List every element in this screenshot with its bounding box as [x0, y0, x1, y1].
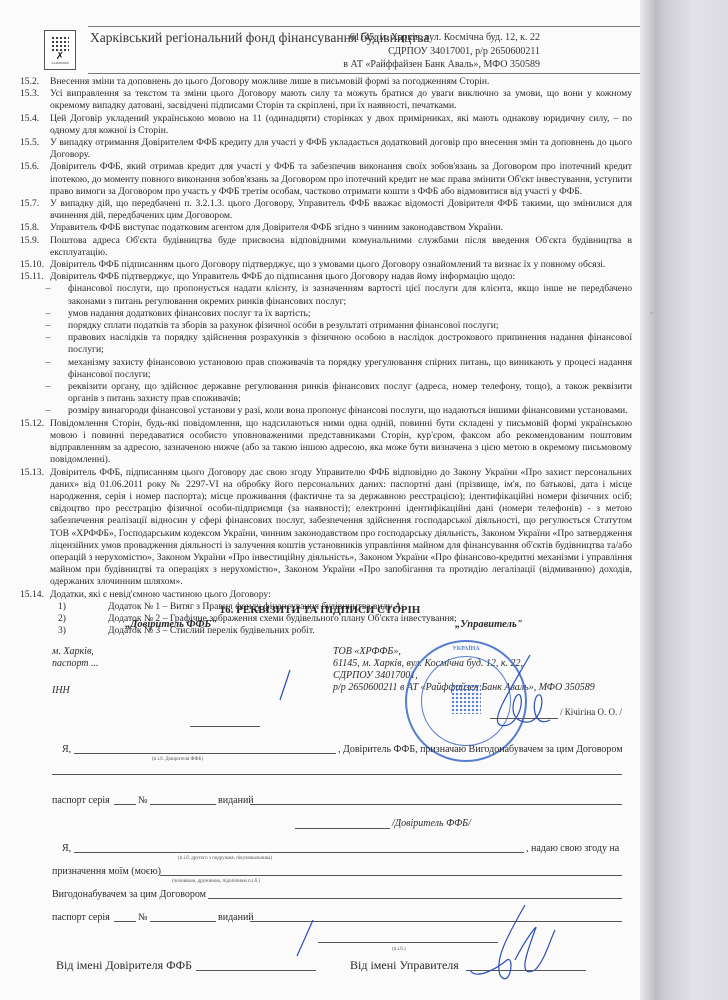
list-item: –розміру винагороди фінансової установи … — [20, 405, 640, 417]
clause: 15.4.Цей Договір укладений українською м… — [20, 113, 640, 137]
logo-figure-icon: ✗ — [56, 52, 64, 61]
clause-text: У випадку отримання Довірителем ФФБ кред… — [50, 137, 640, 161]
clause-number: 15.5. — [20, 137, 50, 161]
form-label: , надаю свою згоду на — [526, 843, 619, 854]
form-label: призначення моїм (моєю) — [52, 866, 161, 877]
manager-signature-icon — [470, 650, 560, 740]
dash-bullet-icon: – — [28, 308, 68, 320]
field-hint: (п.і.б.) — [392, 947, 406, 952]
truster-heading: „Довіритель ФФБ" — [125, 619, 217, 630]
list-item-text: умов надання додаткових фінансових послу… — [68, 308, 640, 320]
list-item: –механізму захисту фінансовою установою … — [20, 357, 640, 381]
header-rule — [88, 73, 640, 74]
list-item: –умов надання додаткових фінансових посл… — [20, 308, 640, 320]
list-item-text: розміру винагороди фінансової установи у… — [68, 405, 640, 417]
clause-number: 15.2. — [20, 76, 50, 88]
passport-number-field-2[interactable] — [150, 921, 216, 922]
field-hint: (чоловіком, дружиною, підопічним п.і.б.) — [172, 879, 260, 884]
dash-bullet-icon: – — [28, 357, 68, 381]
form-label: Я, — [62, 843, 71, 854]
clause-number: 15.6. — [20, 161, 50, 198]
manager-details-line: ТОВ «ХРФФБ», — [333, 646, 401, 658]
clause-text: Внесення зміни та доповнень до цього Дог… — [50, 76, 640, 88]
dash-bullet-icon: – — [28, 381, 68, 405]
beneficiary-field[interactable] — [208, 898, 622, 899]
form-label: /Довіритель ФФБ/ — [392, 818, 471, 829]
clause-number: 15.11. — [20, 271, 50, 283]
dash-bullet-icon: – — [28, 320, 68, 332]
clause: 15.3.Усі виправлення за текстом та зміни… — [20, 88, 640, 112]
form-label: , Довіритель ФФБ, призначаю Вигодонабува… — [338, 744, 623, 755]
adjacent-page-edge: « — [640, 0, 728, 1000]
dash-bullet-icon: – — [28, 405, 68, 417]
clause: 15.7.У випадку дій, що передбачені п. 3.… — [20, 198, 640, 222]
clause-number: 15.13. — [20, 467, 50, 589]
clause-number: 15.10. — [20, 259, 50, 271]
form-label: № — [138, 795, 148, 806]
list-item: –порядку сплати податків та зборів за ра… — [20, 320, 640, 332]
list-item: –реквізити органу, що здійснює державне … — [20, 381, 640, 405]
form-label: № — [138, 912, 148, 923]
pen-mark-icon — [295, 918, 315, 958]
list-item: –правових наслідків та порядку здійсненн… — [20, 332, 640, 356]
truster-name-field[interactable] — [74, 753, 336, 754]
passport-issued-field[interactable] — [250, 804, 622, 805]
relation-field[interactable] — [160, 875, 622, 876]
form-label: виданий — [218, 912, 254, 923]
clause-text: Додатки, які є невід'ємною частиною цьог… — [50, 589, 640, 601]
list-item: –фінансової послуги, що пропонується над… — [20, 283, 640, 307]
clause: 15.6.Довіритель ФФБ, який отримав кредит… — [20, 161, 640, 198]
logo-caption: ХАРКІВФФБ — [51, 61, 68, 65]
clause-text: Довіритель ФФБ, підписанням цього Догово… — [50, 467, 640, 589]
field-hint: (п.і.б. Довірителя ФФБ) — [152, 757, 203, 762]
clause-text: Довіритель ФФБ підтверджує, що Управител… — [50, 271, 640, 283]
appendix-number: 3) — [58, 625, 108, 637]
passport-number-field[interactable] — [150, 804, 216, 805]
truster-behalf-sign-field[interactable] — [196, 970, 316, 971]
pen-mark-icon — [278, 668, 292, 702]
header-address-line: в АТ «Райффайзен Банк Аваль», МФО 350589 — [343, 59, 540, 70]
passport-series-field-2[interactable] — [114, 921, 136, 922]
truster-city: м. Харків, — [52, 646, 94, 658]
clause-number: 15.7. — [20, 198, 50, 222]
clauses-body: 15.2.Внесення зміни та доповнень до цьог… — [20, 76, 640, 637]
form-label: виданий — [218, 795, 254, 806]
fund-logo: ✗ ХАРКІВФФБ — [44, 30, 76, 70]
list-item-text: фінансової послуги, що пропонується нада… — [68, 283, 640, 307]
form-label: Я, — [62, 744, 71, 755]
logo-grid-icon — [51, 36, 69, 52]
clause-text: Довіритель ФФБ, який отримав кредит для … — [50, 161, 640, 198]
clause: 15.12.Повідомлення Сторін, будь-які пові… — [20, 418, 640, 467]
list-item-text: порядку сплати податків та зборів за рах… — [68, 320, 640, 332]
manager-details-line: СДРПОУ 34017001, — [333, 670, 418, 682]
list-item-text: реквізити органу, що здійснює державне р… — [68, 381, 640, 405]
clause: 15.13.Довіритель ФФБ, підписанням цього … — [20, 467, 640, 589]
form-label: Вигодонабувачем за цим Договором — [52, 889, 206, 900]
dash-bullet-icon: – — [28, 332, 68, 356]
clause: 15.14.Додатки, які є невід'ємною частино… — [20, 589, 640, 601]
header-rule — [88, 26, 640, 27]
list-item-text: механізму захисту фінансовою установою п… — [68, 357, 640, 381]
clause-number: 15.9. — [20, 235, 50, 259]
clause: 15.10.Довіритель ФФБ підписанням цього Д… — [20, 259, 640, 271]
clause-number: 15.12. — [20, 418, 50, 467]
header-address-line: СДРПОУ 34017001, р/р 2650600211 — [388, 46, 540, 57]
manager-bottom-signature-icon — [455, 900, 565, 995]
clause-text: Поштова адреса Об'єкта будівництва буде … — [50, 235, 640, 259]
field-hint: (п.і.б. другого з подружжя, пікулювальни… — [178, 856, 272, 861]
spouse-name-field[interactable] — [74, 852, 524, 853]
document-page: ✗ ХАРКІВФФБ Харківський регіональний фон… — [0, 0, 640, 1000]
list-item-text: правових наслідків та порядку здійснення… — [68, 332, 640, 356]
clause-text: Повідомлення Сторін, будь-які повідомлен… — [50, 418, 640, 467]
clause-text: Цей Договір укладений українською мовою … — [50, 113, 640, 137]
truster-inn: ІНН — [52, 685, 70, 697]
appendix-item: 3)Додаток № 3 – Стислий перелік будівель… — [20, 625, 640, 637]
header-address-line: 61145, м. Харків, вул. Космічна буд. 12,… — [350, 32, 540, 43]
truster-passport: паспорт ... — [52, 658, 99, 670]
form-label: паспорт серія — [52, 912, 110, 923]
clause: 15.11.Довіритель ФФБ підтверджує, що Упр… — [20, 271, 640, 283]
clause-text: У випадку дій, що передбачені п. 3.2.1.3… — [50, 198, 640, 222]
clause-number: 15.14. — [20, 589, 50, 601]
clause-text: Довіритель ФФБ підписанням цього Договор… — [50, 259, 640, 271]
beneficiary-name-field[interactable] — [52, 774, 622, 775]
truster-sign-field[interactable] — [295, 828, 390, 829]
clause-number: 15.3. — [20, 88, 50, 112]
adjacent-page-text: « — [650, 310, 653, 316]
manager-behalf-label: Від імені Управителя — [350, 958, 459, 973]
clause: 15.9.Поштова адреса Об'єкта будівництва … — [20, 235, 640, 259]
form-label: паспорт серія — [52, 795, 110, 806]
dash-bullet-icon: – — [28, 283, 68, 307]
manager-heading: „Управитель" — [455, 619, 523, 630]
clause: 15.8.Управитель ФФБ виступає податковим … — [20, 222, 640, 234]
clause-number: 15.8. — [20, 222, 50, 234]
truster-behalf-label: Від імені Довірителя ФФБ — [56, 958, 192, 973]
clause-text: Усі виправлення за текстом та зміни цьог… — [50, 88, 640, 112]
section-title: 16. РЕКВІЗИТИ ТА ПІДПИСИ СТОРІН — [0, 604, 640, 616]
clause-text: Управитель ФФБ виступає податковим агент… — [50, 222, 640, 234]
clause-number: 15.4. — [20, 113, 50, 137]
truster-signature-line — [190, 726, 260, 727]
clause: 15.5.У випадку отримання Довірителем ФФБ… — [20, 137, 640, 161]
passport-series-field[interactable] — [114, 804, 136, 805]
manager-signer-name: / Кічігіна О. О. / — [560, 707, 622, 717]
clause: 15.2.Внесення зміни та доповнень до цьог… — [20, 76, 640, 88]
